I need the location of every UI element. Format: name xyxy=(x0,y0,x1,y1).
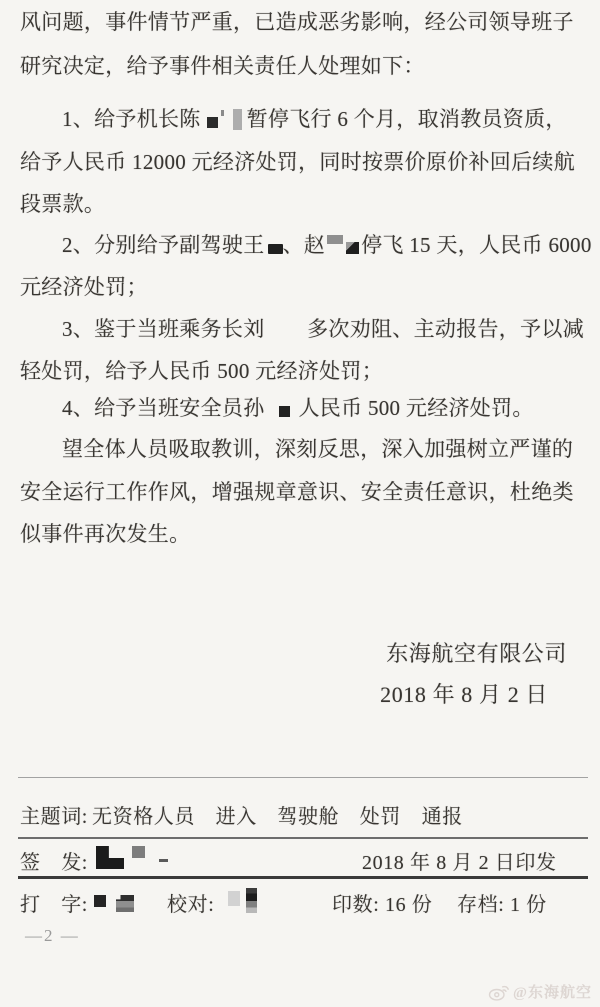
subject-keywords: 无资格人员 进入 驾驶舱 处罚 通报 xyxy=(92,800,463,829)
footer-rule-top xyxy=(18,777,588,778)
footer-typist-row: 打 字: 校对: 印数: 16 份 存档: 1 份 xyxy=(0,888,600,918)
body-line: 元经济处罚； xyxy=(20,271,148,301)
proofread-redactions xyxy=(218,888,257,913)
redaction-block xyxy=(96,846,124,869)
signature-date-text: 2018 年 8 月 2 日 xyxy=(380,682,548,707)
body-line: 安全运行工作作风，增强规章意识、安全责任意识，杜绝类 xyxy=(20,476,574,506)
copies-field: 印数: 16 份 xyxy=(332,888,432,917)
document-page: 风问题，事件情节严重，已造成恶劣影响，经公司领导班子 研究决定，给予事件相关责任… xyxy=(0,0,600,1007)
body-text: 4、给予当班安全员孙 xyxy=(62,396,265,420)
copies-label: 印数: xyxy=(332,894,379,916)
proofread-label: 校对: xyxy=(167,888,214,917)
redaction-mark xyxy=(221,110,224,116)
redaction-block xyxy=(228,891,240,906)
body-text: 研究决定，给予事件相关责任人处理如下： xyxy=(20,54,425,78)
watermark-text: @东海航空 xyxy=(513,981,592,1002)
body-text: 3、鉴于当班乘务长刘 多次劝阻、主动报告，予以减 xyxy=(62,317,584,341)
body-text: 2、分别给予副驾驶王 xyxy=(62,233,265,257)
typist-redactions xyxy=(88,888,134,912)
body-text: 风问题，事件情节严重，已造成恶劣影响，经公司领导班子 xyxy=(20,10,574,34)
copies-value: 16 份 xyxy=(385,894,432,916)
redaction-block xyxy=(116,891,134,912)
page-number: —2 — xyxy=(25,926,80,946)
body-text: 安全运行工作作风，增强规章意识、安全责任意识，杜绝类 xyxy=(20,480,574,504)
body-text: 暂停飞行 6 个月，取消教员资质， xyxy=(247,107,567,131)
subject-label: 主题词: xyxy=(20,800,88,829)
body-text: 元经济处罚； xyxy=(20,275,148,299)
company-name: 东海航空有限公司 xyxy=(386,637,567,668)
footer-rule-middle xyxy=(18,837,588,839)
body-line-item1: 1、给予机长陈暂停飞行 6 个月，取消教员资质， xyxy=(62,103,567,133)
footer-rule-bottom xyxy=(18,876,588,879)
company-name-text: 东海航空有限公司 xyxy=(386,641,567,666)
body-text: 给予人民币 12000 元经济处罚，同时按票价原价补回后续航 xyxy=(20,150,575,174)
body-line: 风问题，事件情节严重，已造成恶劣影响，经公司领导班子 xyxy=(20,6,574,36)
issuer-redactions xyxy=(88,846,168,870)
body-line: 给予人民币 12000 元经济处罚，同时按票价原价补回后续航 xyxy=(20,146,575,176)
body-line-item4: 4、给予当班安全员孙人民币 500 元经济处罚。 xyxy=(62,392,534,422)
body-line: 研究决定，给予事件相关责任人处理如下： xyxy=(20,50,425,80)
body-line: 似事件再次发生。 xyxy=(20,518,190,548)
weibo-icon xyxy=(488,983,510,1001)
issuer-label: 签 发: xyxy=(20,846,88,875)
body-text: 人民币 500 元经济处罚。 xyxy=(299,396,534,420)
typist-label: 打 字: xyxy=(20,888,88,917)
archive-label: 存档: xyxy=(457,894,504,916)
body-text: 望全体人员吸取教训，深刻反思，深入加强树立严谨的 xyxy=(62,437,573,461)
redaction-block xyxy=(132,846,145,858)
issue-date: 2018 年 8 月 2 日印发 xyxy=(362,846,557,875)
archive-field: 存档: 1 份 xyxy=(457,888,547,917)
body-line: 望全体人员吸取教训，深刻反思，深入加强树立严谨的 xyxy=(62,433,573,463)
body-line: 段票款。 xyxy=(20,188,105,218)
redaction-block xyxy=(94,895,106,907)
body-text: 段票款。 xyxy=(20,192,105,216)
body-text: 1、给予机长陈 xyxy=(62,107,201,131)
body-line-item3: 3、鉴于当班乘务长刘 多次劝阻、主动报告，予以减 xyxy=(62,313,584,343)
body-text: 轻处罚，给予人民币 500 元经济处罚； xyxy=(20,359,383,383)
signature-date: 2018 年 8 月 2 日 xyxy=(380,678,548,709)
redaction-mark xyxy=(159,859,168,862)
body-line-item2: 2、分别给予副驾驶王、赵停飞 15 天，人民币 6000 xyxy=(62,229,592,259)
redaction-block xyxy=(327,235,343,244)
redaction-block xyxy=(268,244,283,254)
redaction-block xyxy=(246,888,257,913)
footer-subject-row: 主题词: 无资格人员 进入 驾驶舱 处罚 通报 xyxy=(0,800,600,830)
redaction-block xyxy=(279,406,290,417)
redaction-block xyxy=(346,242,359,254)
redaction-block xyxy=(207,117,218,128)
redaction-block xyxy=(233,109,242,130)
body-text: 停飞 15 天，人民币 6000 xyxy=(361,233,592,257)
body-text: 、赵 xyxy=(283,233,326,257)
body-line: 轻处罚，给予人民币 500 元经济处罚； xyxy=(20,355,383,385)
body-text: 似事件再次发生。 xyxy=(20,522,190,546)
footer-issuer-row: 签 发: 2018 年 8 月 2 日印发 xyxy=(0,846,600,876)
watermark: @东海航空 xyxy=(488,981,592,1002)
archive-value: 1 份 xyxy=(510,894,547,916)
